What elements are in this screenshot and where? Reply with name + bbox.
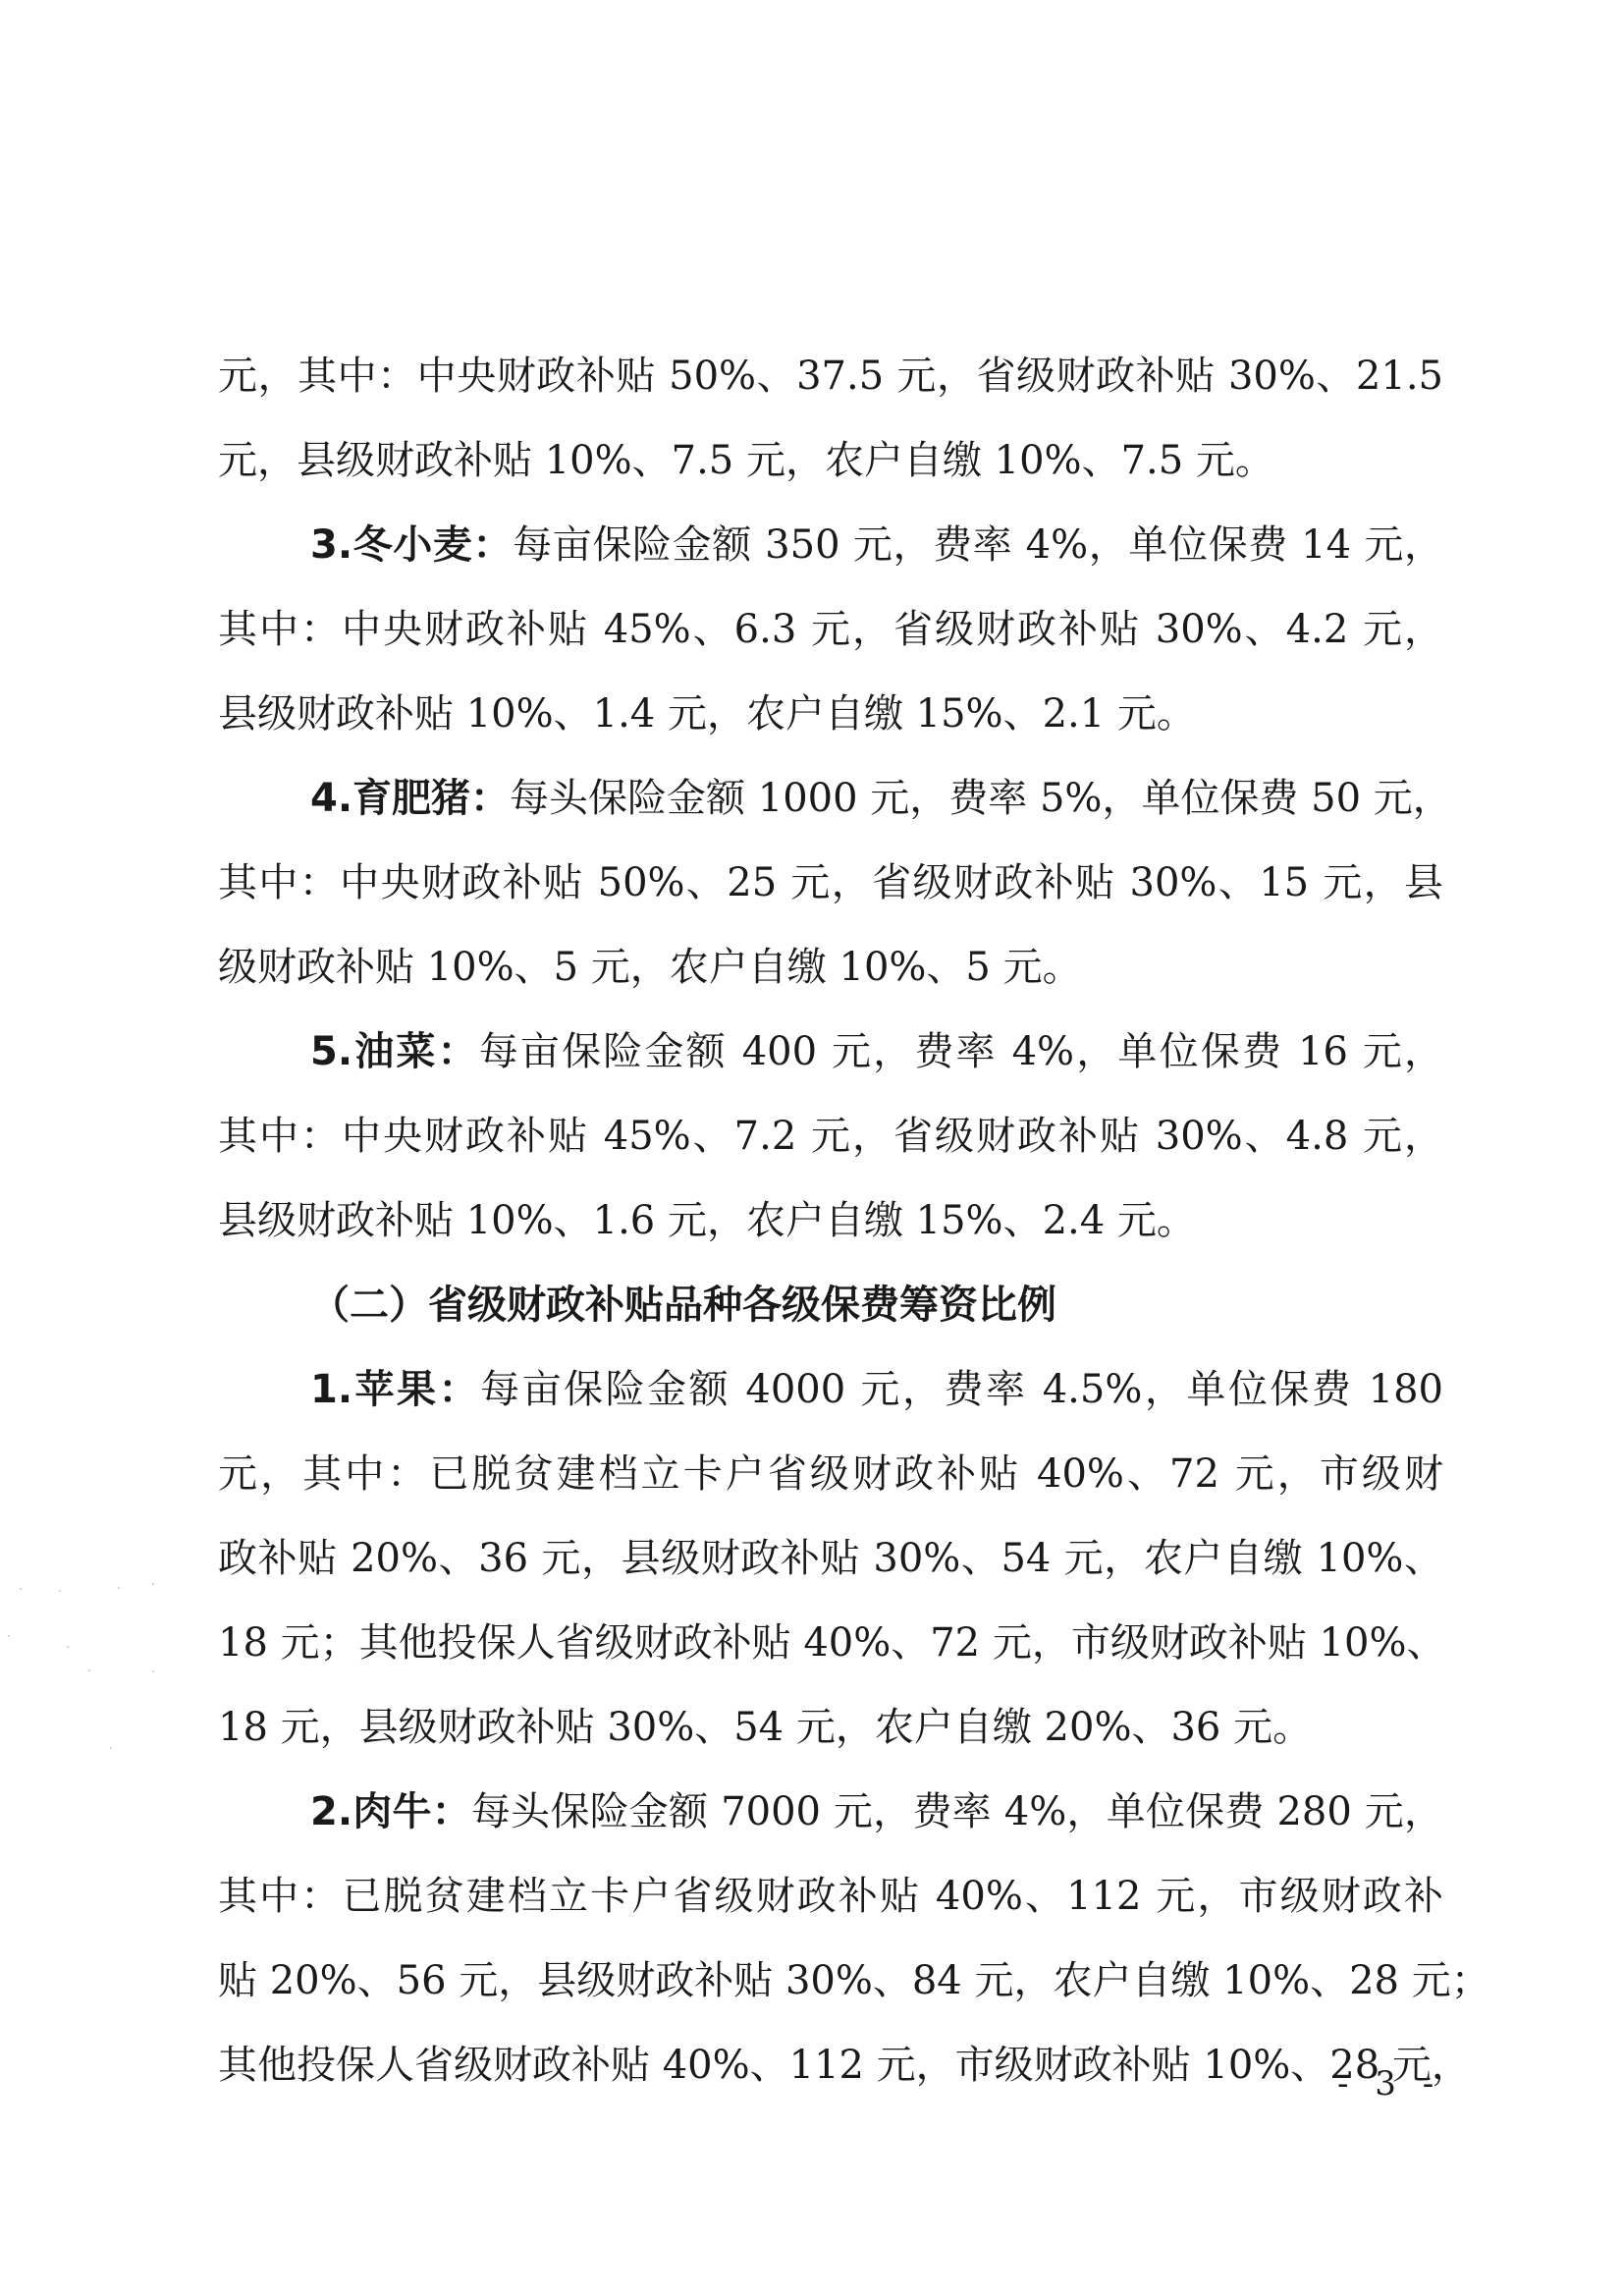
line-text: 每亩保险金额 4000 元，费率 4.5%，单位保费 180 bbox=[480, 1367, 1443, 1412]
line-text: 每亩保险金额 400 元，费率 4%，单位保费 16 元， bbox=[479, 1029, 1443, 1074]
text-line: 18 元；其他投保人省级财政补贴 40%、72 元，市级财政补贴 10%、 bbox=[218, 1601, 1443, 1685]
line-text: 县级财政补贴 10%、1.6 元，农户自缴 15%、2.4 元。 bbox=[218, 1198, 1196, 1243]
line-text: 18 元；其他投保人省级财政补贴 40%、72 元，市级财政补贴 10%、 bbox=[218, 1620, 1445, 1666]
line-text: 每亩保险金额 350 元，费率 4%，单位保费 14 元， bbox=[513, 522, 1443, 568]
line-text: 元，县级财政补贴 10%、7.5 元，农户自缴 10%、7.5 元。 bbox=[218, 438, 1274, 483]
line-text: 其中：中央财政补贴 45%、6.3 元，省级财政补贴 30%、4.2 元， bbox=[218, 607, 1443, 652]
item-label: 5.油菜： bbox=[310, 1029, 479, 1074]
line-text: 每头保险金额 1000 元，费率 5%，单位保费 50 元， bbox=[510, 776, 1452, 821]
scan-speck bbox=[67, 1646, 69, 1648]
text-line: 元，其中：中央财政补贴 50%、37.5 元，省级财政补贴 30%、21.5 bbox=[218, 334, 1443, 418]
scan-speck bbox=[110, 1747, 112, 1749]
text-line: 其他投保人省级财政补贴 40%、112 元，市级财政补贴 10%、28 元， bbox=[218, 2023, 1443, 2107]
document-page: 元，其中：中央财政补贴 50%、37.5 元，省级财政补贴 30%、21.5 元… bbox=[0, 0, 1623, 2296]
scan-speck bbox=[8, 1635, 10, 1637]
scan-speck bbox=[152, 1670, 154, 1672]
section-heading: （二）省级财政补贴品种各级保费筹资比例 bbox=[218, 1263, 1443, 1347]
text-line: 县级财政补贴 10%、1.4 元，农户自缴 15%、2.1 元。 bbox=[218, 672, 1443, 756]
scan-speck bbox=[152, 1583, 154, 1585]
line-text: 其他投保人省级财政补贴 40%、112 元，市级财政补贴 10%、28 元， bbox=[218, 2043, 1471, 2088]
line-text: 元，其中：中央财政补贴 50%、37.5 元，省级财政补贴 30%、21.5 bbox=[218, 354, 1443, 399]
line-text: 每头保险金额 7000 元，费率 4%，单位保费 280 元， bbox=[471, 1789, 1443, 1834]
document-body: 元，其中：中央财政补贴 50%、37.5 元，省级财政补贴 30%、21.5 元… bbox=[218, 334, 1443, 2107]
line-text: 贴 20%、56 元，县级财政补贴 30%、84 元，农户自缴 10%、28 元… bbox=[218, 1958, 1490, 2003]
text-line: 政补贴 20%、36 元，县级财政补贴 30%、54 元，农户自缴 10%、 bbox=[218, 1516, 1443, 1601]
item-label: 3.冬小麦： bbox=[310, 522, 513, 568]
text-line: 元，县级财政补贴 10%、7.5 元，农户自缴 10%、7.5 元。 bbox=[218, 418, 1443, 503]
text-line: 18 元，县级财政补贴 30%、54 元，农户自缴 20%、36 元。 bbox=[218, 1685, 1443, 1770]
text-line: 其中：中央财政补贴 50%、25 元，省级财政补贴 30%、15 元，县 bbox=[218, 841, 1443, 925]
text-line: 其中：中央财政补贴 45%、6.3 元，省级财政补贴 30%、4.2 元， bbox=[218, 587, 1443, 672]
item-fattening-pig: 4.育肥猪：每头保险金额 1000 元，费率 5%，单位保费 50 元， bbox=[218, 756, 1443, 841]
heading-text: （二）省级财政补贴品种各级保费筹资比例 bbox=[310, 1283, 1056, 1328]
line-text: 县级财政补贴 10%、1.4 元，农户自缴 15%、2.1 元。 bbox=[218, 691, 1196, 737]
text-line: 其中：已脱贫建档立卡户省级财政补贴 40%、112 元，市级财政补 bbox=[218, 1854, 1443, 1939]
item-label: 1.苹果： bbox=[310, 1367, 480, 1412]
line-text: 元，其中：已脱贫建档立卡户省级财政补贴 40%、72 元，市级财 bbox=[218, 1451, 1443, 1497]
line-text: 18 元，县级财政补贴 30%、54 元，农户自缴 20%、36 元。 bbox=[218, 1705, 1312, 1750]
item-label: 2.肉牛： bbox=[310, 1789, 471, 1834]
item-apple: 1.苹果：每亩保险金额 4000 元，费率 4.5%，单位保费 180 bbox=[218, 1347, 1443, 1432]
text-line: 县级财政补贴 10%、1.6 元，农户自缴 15%、2.4 元。 bbox=[218, 1178, 1443, 1263]
item-beef-cattle: 2.肉牛：每头保险金额 7000 元，费率 4%，单位保费 280 元， bbox=[218, 1770, 1443, 1854]
line-text: 其中：中央财政补贴 50%、25 元，省级财政补贴 30%、15 元，县 bbox=[218, 860, 1443, 905]
line-text: 级财政补贴 10%、5 元，农户自缴 10%、5 元。 bbox=[218, 945, 1082, 990]
line-text: 政补贴 20%、36 元，县级财政补贴 30%、54 元，农户自缴 10%、 bbox=[218, 1536, 1443, 1581]
text-line: 贴 20%、56 元，县级财政补贴 30%、84 元，农户自缴 10%、28 元… bbox=[218, 1939, 1443, 2023]
scan-speck bbox=[88, 1669, 90, 1671]
scan-speck bbox=[59, 1590, 61, 1592]
scan-speck bbox=[20, 1588, 22, 1590]
item-rapeseed: 5.油菜：每亩保险金额 400 元，费率 4%，单位保费 16 元， bbox=[218, 1010, 1443, 1094]
item-label: 4.育肥猪： bbox=[310, 776, 510, 821]
page-number: - 3 - bbox=[1337, 2064, 1441, 2104]
line-text: 其中：已脱贫建档立卡户省级财政补贴 40%、112 元，市级财政补 bbox=[218, 1874, 1443, 1919]
line-text: 其中：中央财政补贴 45%、7.2 元，省级财政补贴 30%、4.8 元， bbox=[218, 1114, 1443, 1159]
text-line: 其中：中央财政补贴 45%、7.2 元，省级财政补贴 30%、4.8 元， bbox=[218, 1094, 1443, 1178]
scan-speck bbox=[118, 1587, 120, 1589]
text-line: 级财政补贴 10%、5 元，农户自缴 10%、5 元。 bbox=[218, 925, 1443, 1010]
text-line: 元，其中：已脱贫建档立卡户省级财政补贴 40%、72 元，市级财 bbox=[218, 1432, 1443, 1516]
item-winter-wheat: 3.冬小麦：每亩保险金额 350 元，费率 4%，单位保费 14 元， bbox=[218, 503, 1443, 587]
